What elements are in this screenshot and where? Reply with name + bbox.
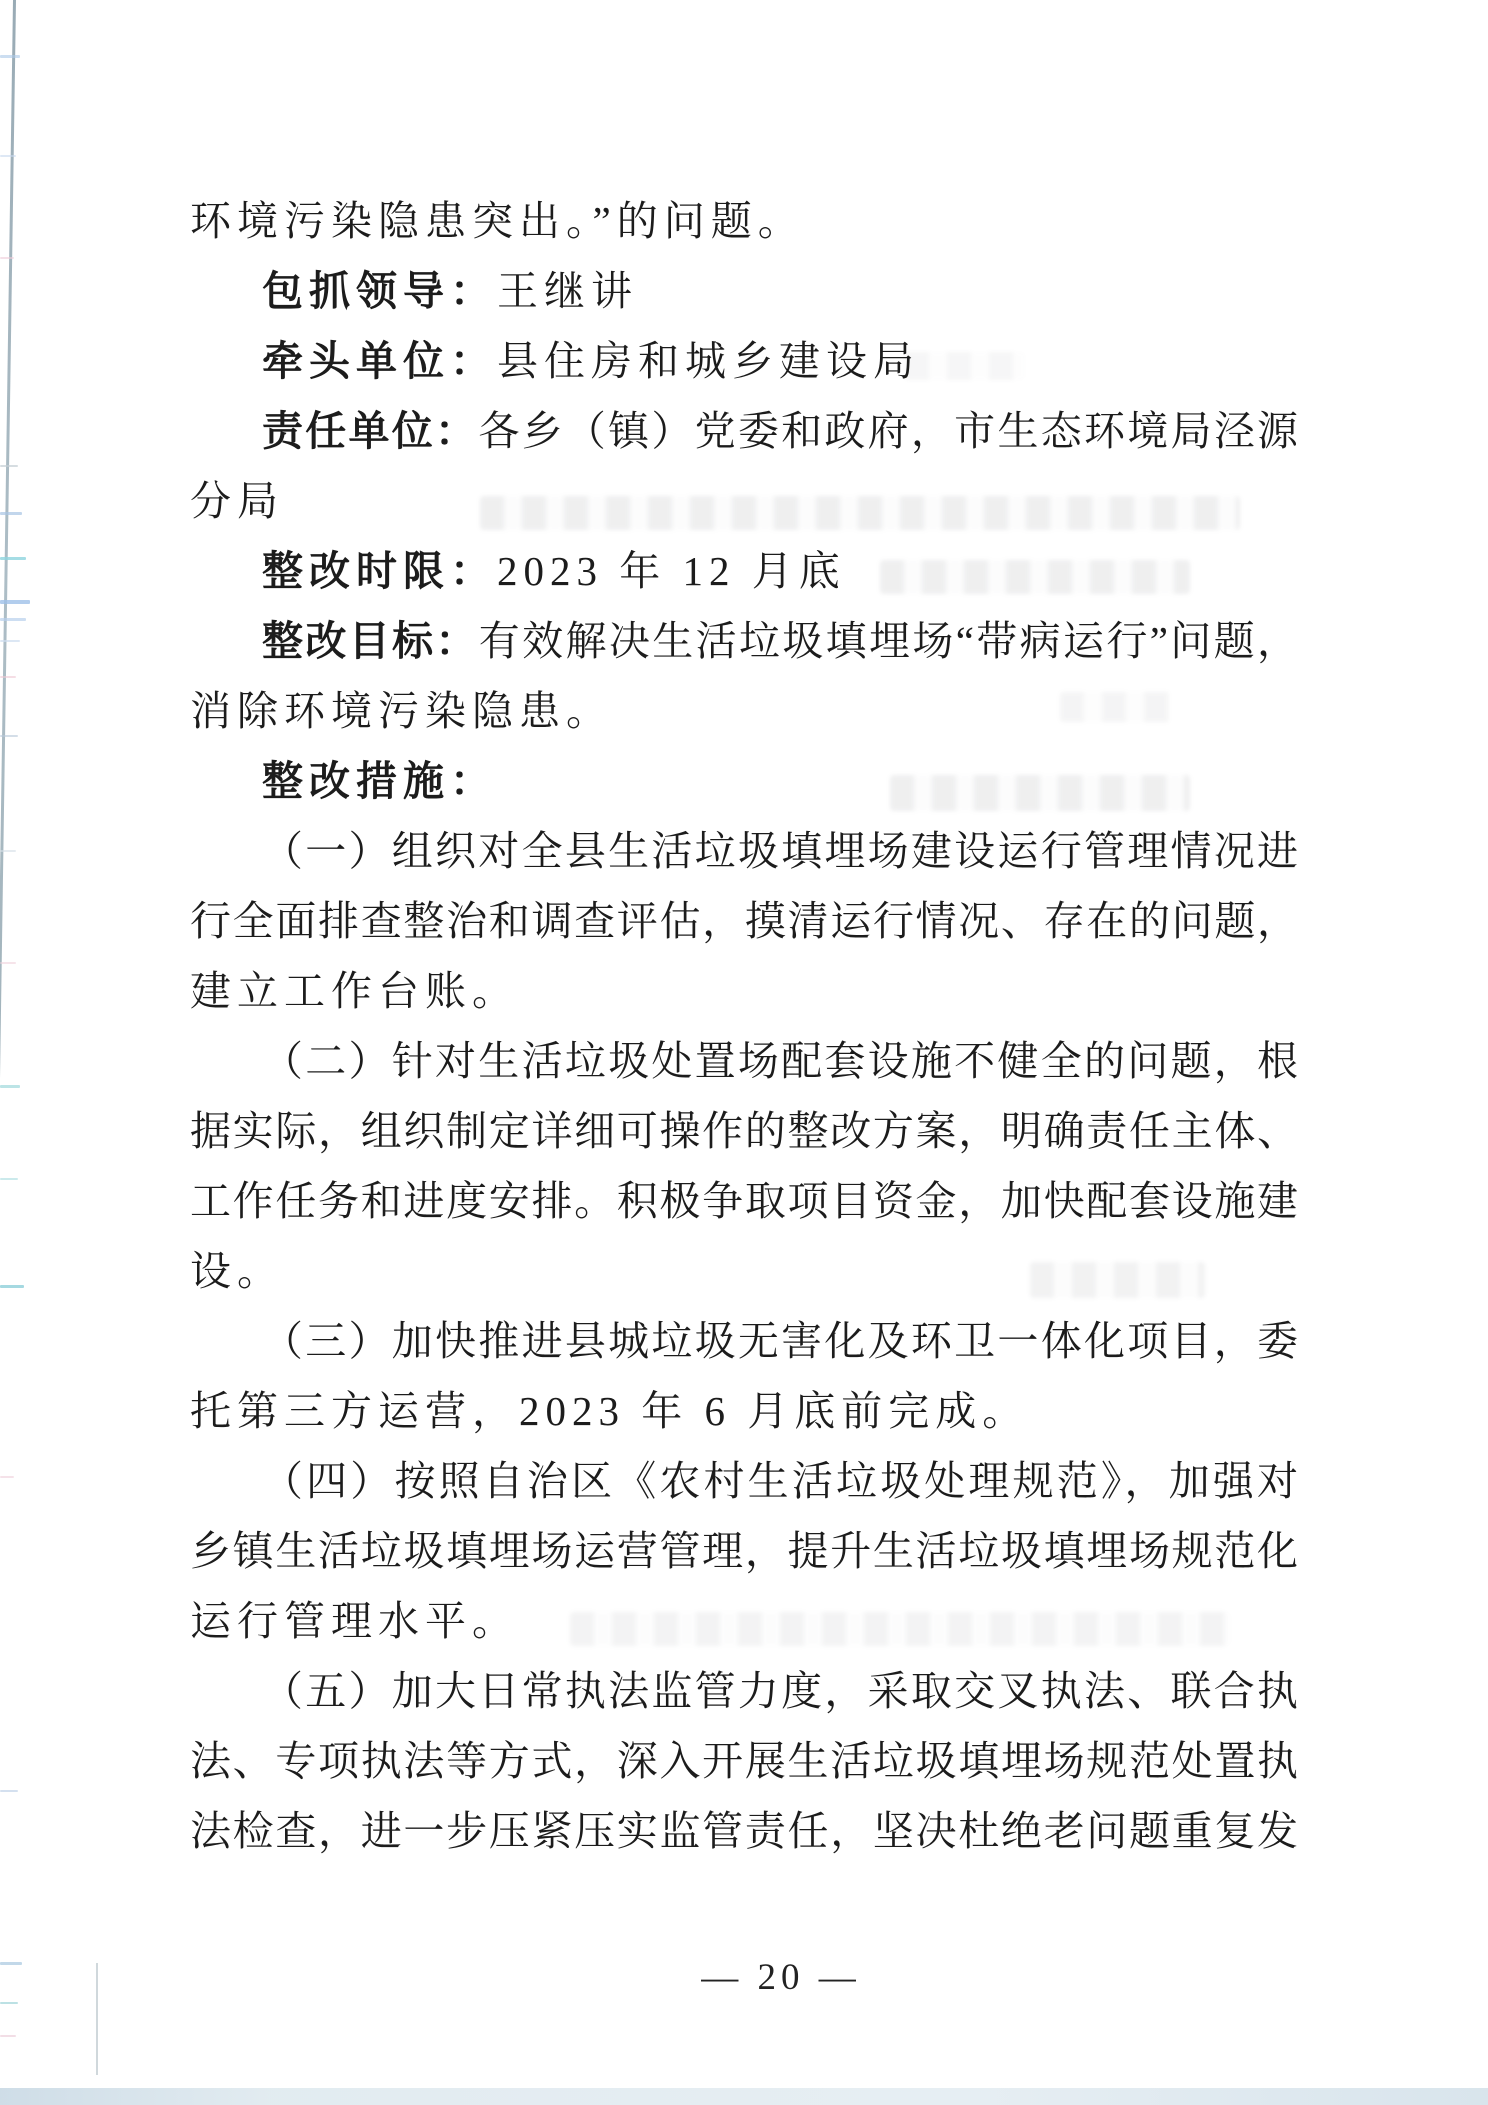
text-line: 消除环境污染隐患。 — [190, 676, 1298, 746]
text-line: 整改措施： — [190, 746, 1298, 816]
scan-streak — [0, 962, 16, 964]
text-line: 行全面排查整治和调查评估，摸清运行情况、存在的问题， — [190, 886, 1298, 956]
scan-streak — [0, 2035, 16, 2037]
scan-streak — [0, 2002, 18, 2004]
scan-streak — [0, 557, 26, 560]
text-line: 包抓领导：王继讲 — [190, 256, 1298, 326]
text-line: 环境污染隐患突出。”的问题。 — [190, 186, 1298, 256]
text-line: 整改目标：有效解决生活垃圾填埋场“带病运行”问题， — [190, 606, 1298, 676]
scan-streak — [0, 465, 18, 467]
text-line: （五）加大日常执法监管力度，采取交叉执法、联合执 — [190, 1656, 1298, 1726]
scan-streak — [0, 1178, 18, 1180]
field-label: 包抓领导： — [262, 268, 497, 314]
text-line: （三）加快推进县城垃圾无害化及环卫一体化项目，委 — [190, 1306, 1298, 1376]
field-label: 整改目标： — [262, 618, 479, 664]
field-label: 整改时限： — [262, 548, 497, 594]
field-label: 牵头单位： — [262, 338, 497, 384]
scan-streak — [0, 155, 16, 157]
scan-streak — [0, 257, 14, 259]
scan-streak — [0, 618, 26, 621]
scan-streak — [0, 1285, 24, 1288]
text-line: （一）组织对全县生活垃圾填埋场建设运行管理情况进 — [190, 816, 1298, 886]
scan-streak — [0, 1476, 14, 1478]
scanned-document-page: 环境污染隐患突出。”的问题。包抓领导：王继讲牵头单位：县住房和城乡建设局责任单位… — [0, 0, 1488, 2105]
text-line: 乡镇生活垃圾填埋场运营管理，提升生活垃圾填埋场规范化 — [190, 1516, 1298, 1586]
scan-streak — [0, 600, 30, 604]
field-label: 整改措施： — [262, 758, 497, 804]
text-line: 整改时限：2023 年 12 月底 — [190, 536, 1298, 606]
page-number: — 20 — — [0, 1956, 1488, 1999]
scan-streak — [0, 735, 18, 737]
text-line: 设。 — [190, 1236, 1298, 1306]
scan-streak — [0, 55, 20, 58]
text-line: 托第三方运营，2023 年 6 月底前完成。 — [190, 1376, 1298, 1446]
text-line: 法、专项执法等方式，深入开展生活垃圾填埋场规范处置执 — [190, 1726, 1298, 1796]
document-text-column: 环境污染隐患突出。”的问题。包抓领导：王继讲牵头单位：县住房和城乡建设局责任单位… — [190, 186, 1298, 1866]
scan-streak — [0, 1790, 18, 1792]
scan-edge-line — [0, 0, 16, 2082]
scan-streak — [0, 1085, 20, 1088]
text-line: 工作任务和进度安排。积极争取项目资金，加快配套设施建 — [190, 1166, 1298, 1236]
text-line: （二）针对生活垃圾处置场配套设施不健全的问题，根 — [190, 1026, 1298, 1096]
field-label: 责任单位： — [262, 408, 478, 454]
text-line: （四）按照自治区《农村生活垃圾处理规范》，加强对 — [190, 1446, 1298, 1516]
scan-bottom-band — [0, 2088, 1488, 2105]
scan-streak — [0, 640, 20, 642]
scan-streak — [0, 676, 16, 678]
text-line: 建立工作台账。 — [190, 956, 1298, 1026]
scan-streak — [0, 512, 22, 515]
text-line: 运行管理水平。 — [190, 1586, 1298, 1656]
text-line: 责任单位：各乡（镇）党委和政府，市生态环境局泾源 — [190, 396, 1298, 466]
text-line: 分局 — [190, 466, 1298, 536]
text-line: 据实际，组织制定详细可操作的整改方案，明确责任主体、 — [190, 1096, 1298, 1166]
text-line: 法检查，进一步压紧压实监管责任，坚决杜绝老问题重复发 — [190, 1796, 1298, 1866]
scan-streak — [0, 850, 16, 852]
text-line: 牵头单位：县住房和城乡建设局 — [190, 326, 1298, 396]
